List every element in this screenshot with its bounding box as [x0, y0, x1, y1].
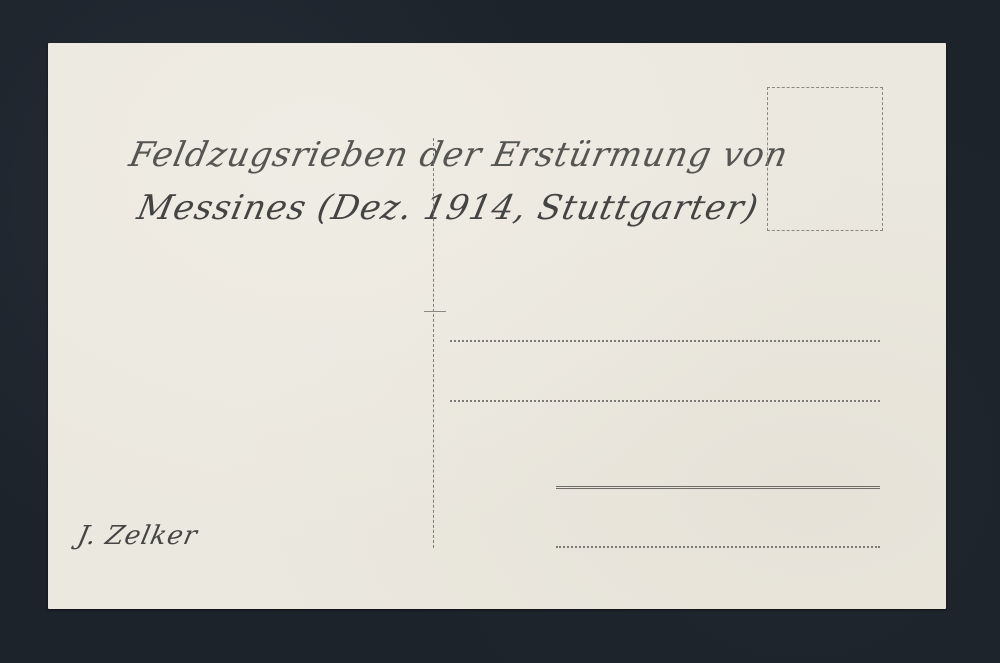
handwritten-line-1: Feldzugsrieben der Erstürmung von — [126, 135, 792, 175]
postcard: Feldzugsrieben der Erstürmung von Messin… — [48, 43, 946, 609]
signature: J. Zelker — [75, 521, 201, 551]
divider-tick-mark — [424, 311, 446, 312]
address-line-1 — [450, 340, 880, 342]
address-line-4 — [556, 546, 880, 548]
center-divider-line — [433, 138, 434, 548]
address-line-2 — [450, 400, 880, 402]
address-line-3 — [556, 486, 880, 491]
handwritten-line-2: Messines (Dez. 1914, Stuttgarter) — [134, 188, 763, 228]
stamp-box — [767, 87, 883, 231]
